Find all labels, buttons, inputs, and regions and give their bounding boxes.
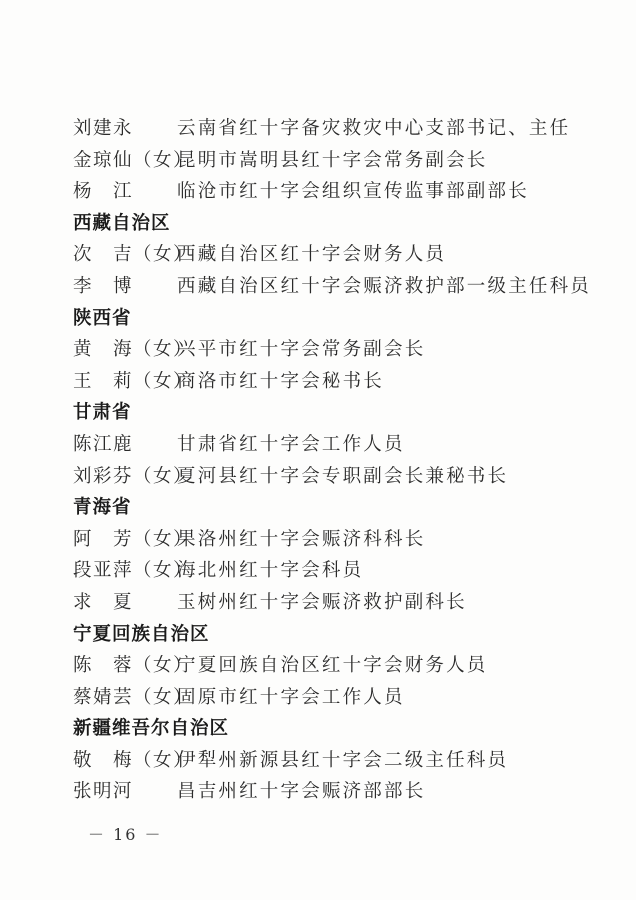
person-duty: 昆明市嵩明县红十字会常务副会长 (177, 145, 488, 177)
person-duty: 夏河县红十字会专职副会长兼秘书长 (177, 461, 508, 493)
person-duty: 伊犁州新源县红十字会二级主任科员 (177, 745, 508, 777)
list-item: 陈江鹿 甘肃省红十字会工作人员 (73, 429, 553, 461)
list-item: 次 吉（女） 西藏自治区红十字会财务人员 (73, 239, 553, 271)
person-duty: 云南省红十字备灾救灾中心支部书记、主任 (177, 113, 570, 145)
document-page: 刘建永 云南省红十字备灾救灾中心支部书记、主任 金琼仙（女） 昆明市嵩明县红十字… (0, 0, 636, 900)
person-name: 次 吉（女） (73, 239, 177, 271)
list-item: 刘建永 云南省红十字备灾救灾中心支部书记、主任 (73, 113, 553, 145)
list-item: 王 莉（女） 商洛市红十字会秘书长 (73, 366, 553, 398)
person-name: 阿 芳（女） (73, 524, 177, 556)
list-item: 黄 海（女） 兴平市红十字会常务副会长 (73, 334, 553, 366)
person-name: 求 夏 (73, 587, 177, 619)
list-item: 陈 蓉（女） 宁夏回族自治区红十字会财务人员 (73, 650, 553, 682)
person-name: 张明河 (73, 776, 177, 808)
list-item: 蔡婧芸（女） 固原市红十字会工作人员 (73, 682, 553, 714)
region-heading: 陕西省 (73, 303, 553, 335)
person-name: 杨 江 (73, 176, 177, 208)
person-name: 蔡婧芸（女） (73, 682, 177, 714)
person-name: 黄 海（女） (73, 334, 177, 366)
person-duty: 海北州红十字会科员 (177, 555, 363, 587)
region-heading: 甘肃省 (73, 397, 553, 429)
person-name: 王 莉（女） (73, 366, 177, 398)
region-heading: 青海省 (73, 492, 553, 524)
region-heading: 宁夏回族自治区 (73, 619, 553, 651)
person-duty: 西藏自治区红十字会财务人员 (177, 239, 446, 271)
person-duty: 玉树州红十字会赈济救护副科长 (177, 587, 467, 619)
personnel-list: 刘建永 云南省红十字备灾救灾中心支部书记、主任 金琼仙（女） 昆明市嵩明县红十字… (73, 113, 553, 808)
list-item: 敬 梅（女） 伊犁州新源县红十字会二级主任科员 (73, 745, 553, 777)
person-name: 刘建永 (73, 113, 177, 145)
person-duty: 甘肃省红十字会工作人员 (177, 429, 405, 461)
list-item: 杨 江 临沧市红十字会组织宣传监事部副部长 (73, 176, 553, 208)
person-duty: 西藏自治区红十字会赈济救护部一级主任科员 (177, 271, 591, 303)
person-duty: 宁夏回族自治区红十字会财务人员 (177, 650, 488, 682)
person-name: 李 博 (73, 271, 177, 303)
list-item: 刘彩芬（女） 夏河县红十字会专职副会长兼秘书长 (73, 461, 553, 493)
person-duty: 固原市红十字会工作人员 (177, 682, 405, 714)
person-duty: 果洛州红十字会赈济科科长 (177, 524, 425, 556)
person-duty: 临沧市红十字会组织宣传监事部副部长 (177, 176, 529, 208)
list-item: 李 博 西藏自治区红十字会赈济救护部一级主任科员 (73, 271, 553, 303)
person-duty: 商洛市红十字会秘书长 (177, 366, 384, 398)
person-name: 陈 蓉（女） (73, 650, 177, 682)
person-name: 段亚萍（女） (73, 555, 177, 587)
list-item: 张明河 昌吉州红十字会赈济部部长 (73, 776, 553, 808)
page-number: － 16 － (88, 822, 163, 845)
person-name: 金琼仙（女） (73, 145, 177, 177)
list-item: 段亚萍（女） 海北州红十字会科员 (73, 555, 553, 587)
person-duty: 昌吉州红十字会赈济部部长 (177, 776, 425, 808)
region-heading: 新疆维吾尔自治区 (73, 713, 553, 745)
person-name: 陈江鹿 (73, 429, 177, 461)
list-item: 金琼仙（女） 昆明市嵩明县红十字会常务副会长 (73, 145, 553, 177)
person-name: 敬 梅（女） (73, 745, 177, 777)
list-item: 阿 芳（女） 果洛州红十字会赈济科科长 (73, 524, 553, 556)
list-item: 求 夏 玉树州红十字会赈济救护副科长 (73, 587, 553, 619)
person-duty: 兴平市红十字会常务副会长 (177, 334, 425, 366)
person-name: 刘彩芬（女） (73, 461, 177, 493)
region-heading: 西藏自治区 (73, 208, 553, 240)
